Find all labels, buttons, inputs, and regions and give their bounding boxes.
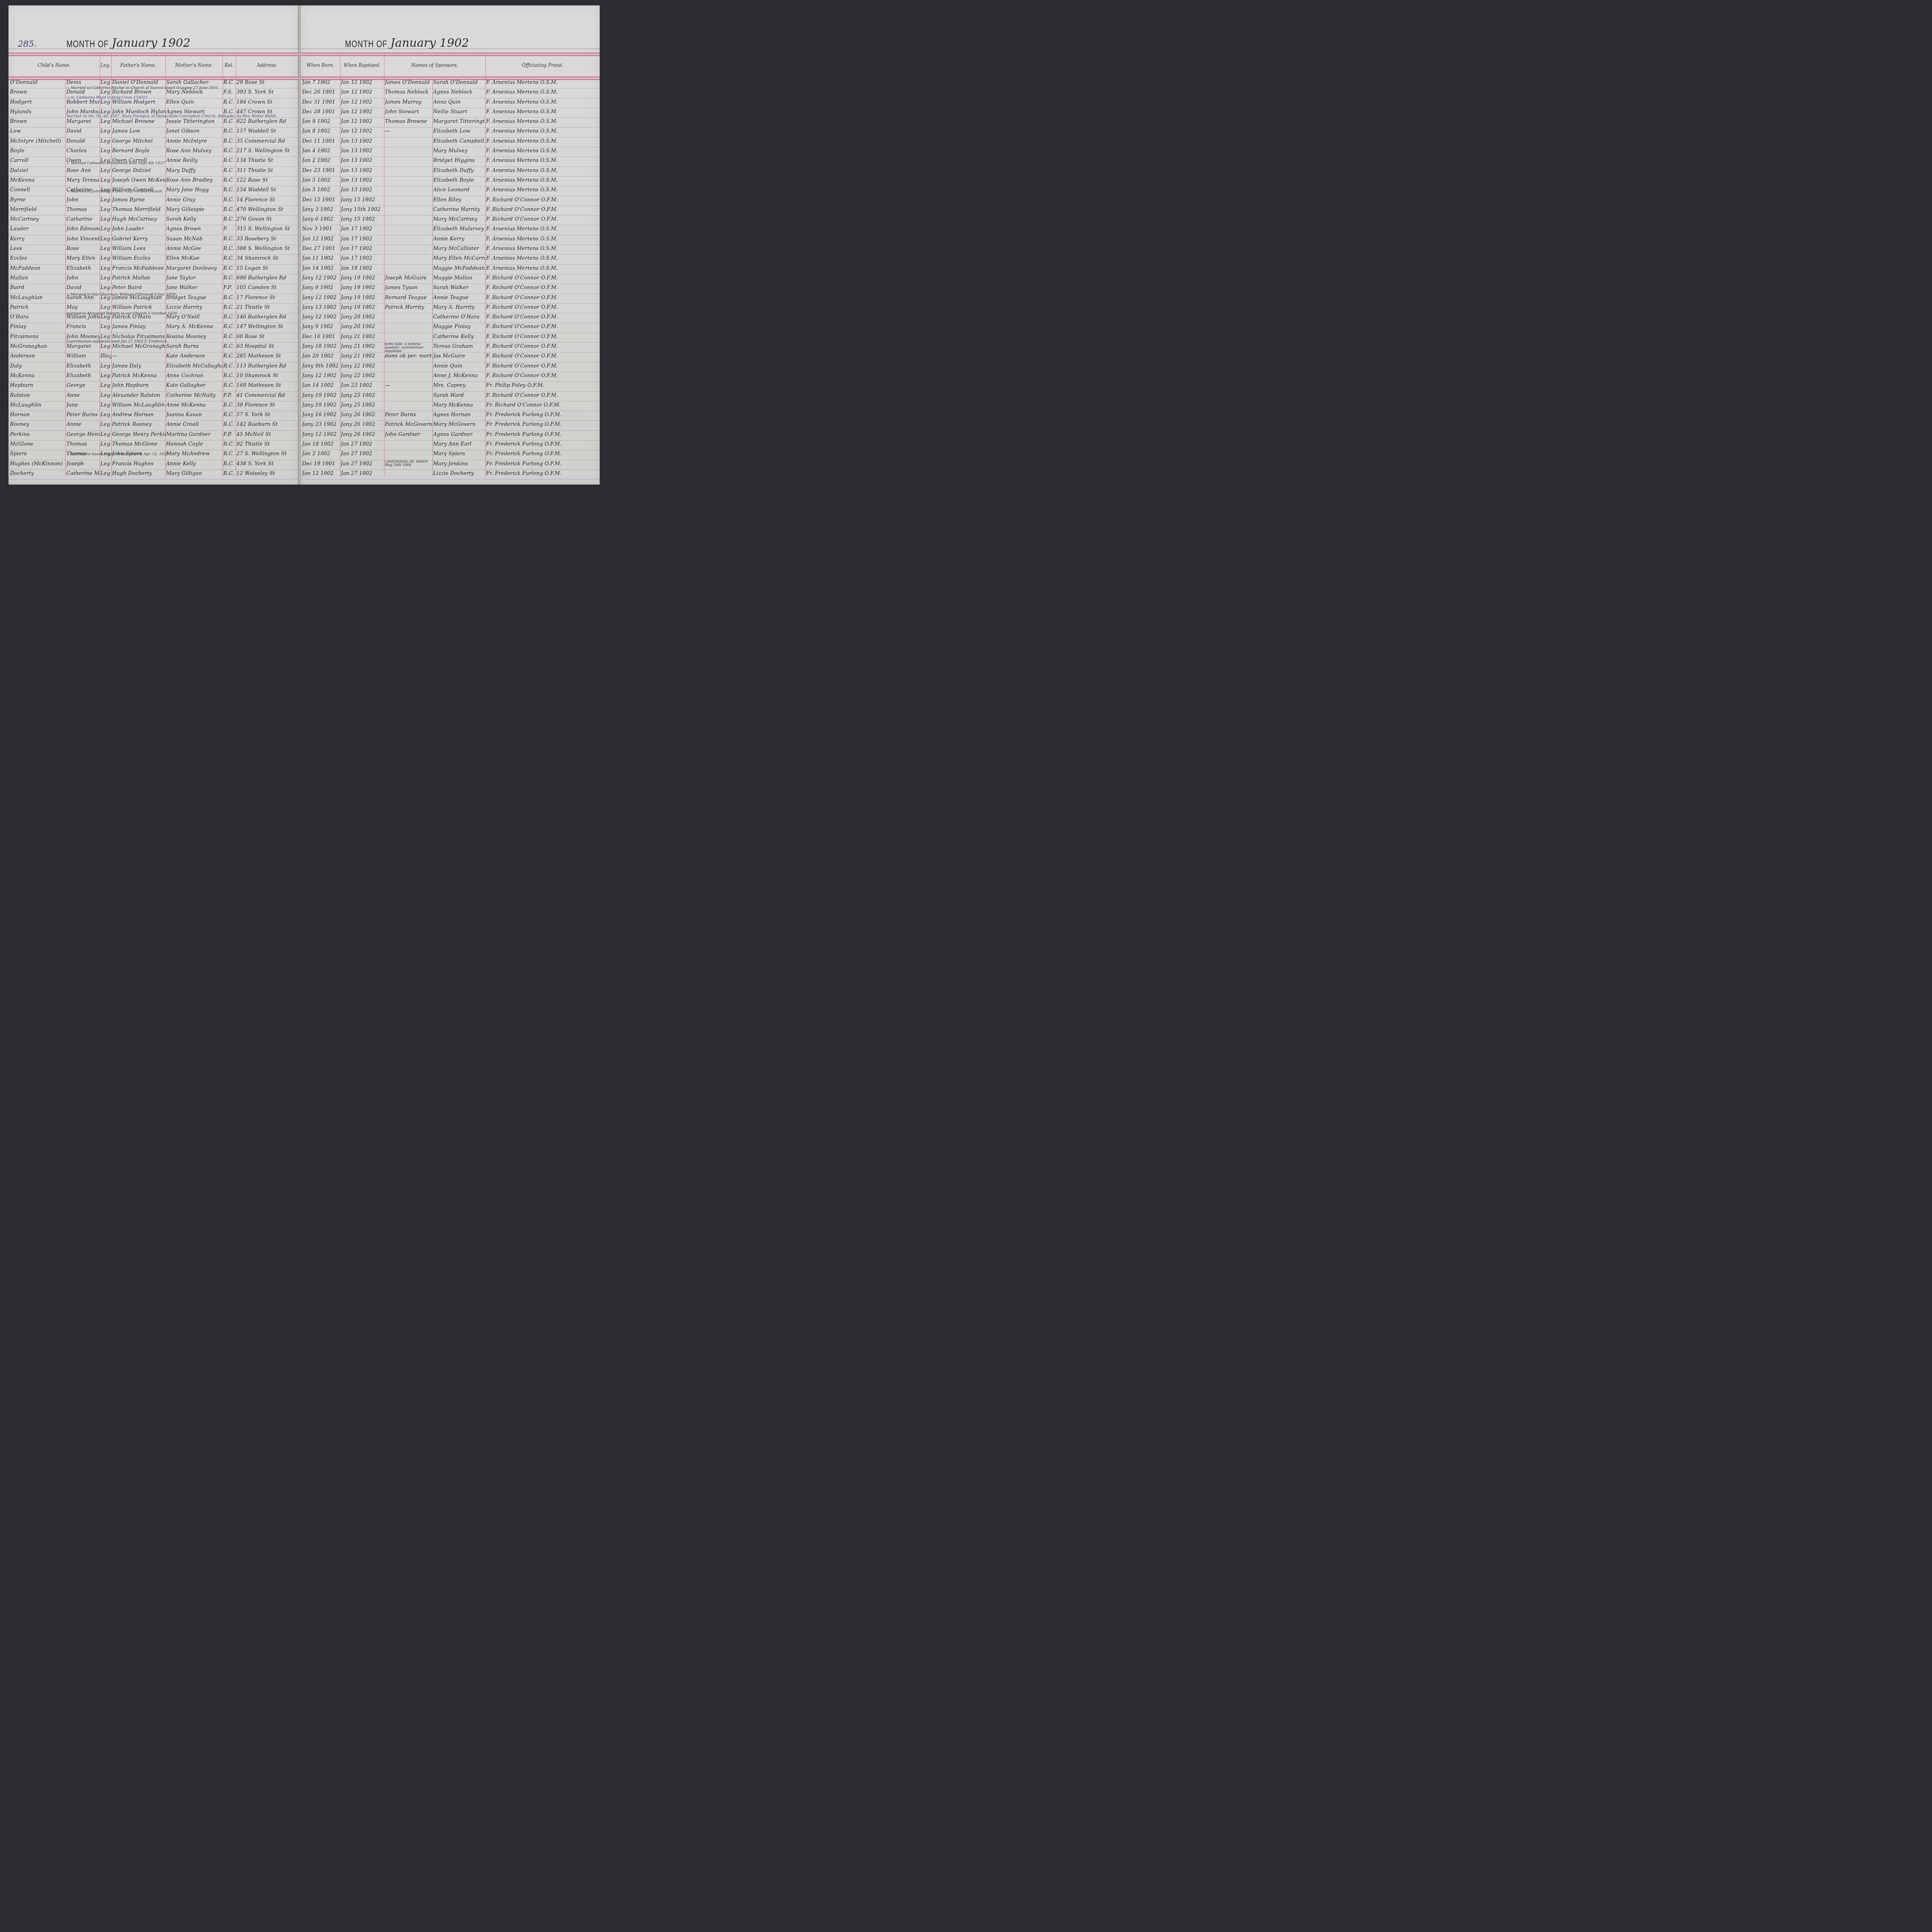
officiating-priest: F. Richard O'Connor O.F.M. [486, 393, 599, 398]
marginal-annotation: → m. Catherine Ward in Holy Cross 17/8/1… [66, 95, 148, 100]
date-baptised: Jany 26 1902 [341, 412, 384, 418]
date-baptised: Jan 13 1902 [341, 187, 384, 193]
table-row: Dec 27 1901Jan 17 1902Mary McCallisterF.… [301, 245, 600, 255]
mother-name: Rose Ann Mulvey [166, 148, 223, 154]
child-forename: Jane [66, 402, 100, 408]
father-name: William Lees [112, 246, 165, 252]
date-baptised: Jan 13 1902 [341, 138, 384, 144]
child-forename: Denis [66, 80, 100, 85]
col-officiating-priest: Officiating Priest. [485, 54, 600, 77]
mother-name: Jessie Titterington [166, 119, 223, 124]
date-born: Jan 18 1902 [302, 441, 340, 447]
table-row: McGranaghanMargaretLegMichael McGranagha… [9, 343, 298, 352]
table-row: McGloneThomasLegThomas McGloneHannah Coy… [9, 440, 298, 450]
sponsor-female: Elizabeth Low [433, 128, 485, 134]
officiating-priest: F. Arsenius Mertens O.S.M. [486, 158, 599, 163]
sponsor-male: James Murray [385, 99, 432, 105]
religion: R.C. [223, 383, 236, 388]
legitimacy: Leg [100, 226, 111, 232]
mother-name: Rose Ann Bradley [166, 177, 223, 183]
father-name: Joseph Owen McKenna [112, 177, 165, 183]
table-row: Jan 11 1902Jan 17 1902Mary Ellen McCarro… [301, 255, 600, 264]
sponsor-female: Mary Ann Earl [433, 441, 485, 447]
child-forename: George Henry [66, 432, 100, 437]
col-when-born: When Born. [301, 54, 340, 77]
mother-name: Sarah Kelly [166, 216, 223, 222]
father-name: Richard Brown [112, 89, 165, 95]
child-surname: Eccles [10, 255, 65, 261]
table-row: Jan 14 1902Jan 23 1902—Mrs. CapreyFr. Ph… [301, 382, 600, 391]
mother-name: Annie Croall [166, 422, 223, 427]
child-forename: Rose Ann [66, 168, 100, 173]
table-row: KerryJohn VincentLegGabriel KerrySusan M… [9, 235, 298, 245]
child-surname: McKenna [10, 373, 65, 379]
address: 146 Rutherglen Rd [236, 314, 298, 320]
child-surname: Lees [10, 246, 65, 252]
mother-name: Janet Gibson [166, 128, 223, 134]
table-row: RalstonAnneLegAlexander RalstonCatherine… [9, 392, 298, 401]
sponsor-female: Ellen Riley [433, 197, 485, 203]
date-baptised: Jan 27 1902 [341, 441, 384, 447]
date-born: Jany 12 1902 [302, 314, 340, 320]
date-born: Jan 9 1902 [302, 119, 340, 124]
mother-name: Mary Gilligan [166, 471, 223, 476]
table-row: Jany 16 1902Jany 26 1902Peter BurnsAgnes… [301, 411, 600, 421]
officiating-priest: Fr. Frederick Furlong O.F.M. [486, 422, 599, 427]
date-born: Jany 9 1902 [302, 285, 340, 291]
legitimacy: Leg [100, 412, 111, 418]
table-row: Jan 2 1902Jan 13 1902Bridget HigginsF. A… [301, 157, 600, 167]
religion: R.C. [223, 148, 236, 154]
officiating-priest: F. Richard O'Connor O.F.M. [486, 304, 599, 310]
table-row: McKennaMary TeresaLegJoseph Owen McKenna… [9, 177, 298, 186]
address: 184 Crown St [236, 99, 298, 105]
table-row: AndersonWilliamIlleg—Kate AndersonR.C.28… [9, 352, 298, 362]
sponsor-male: Peter Burns [385, 412, 432, 418]
address: 34 Shamrock St [236, 255, 298, 261]
officiating-priest: F. Richard O'Connor O.F.M. [486, 344, 599, 349]
religion: R.C. [223, 412, 236, 418]
date-born: Jan 7 1902 [302, 80, 340, 85]
table-row: Dec 28 1901Jan 12 1902John StewartNellie… [301, 108, 600, 118]
sponsor-female: Agnes Hornan [433, 412, 485, 418]
date-born: Dec 16 1901 [302, 334, 340, 340]
table-row: Dec 23 1901Jan 13 1902Elizabeth DuffyF. … [301, 167, 600, 177]
date-baptised: Jan 13 1902 [341, 158, 384, 163]
address: 142 Raeburn St [236, 422, 298, 427]
sponsor-male: — [385, 128, 432, 134]
address: 105 Camden St [236, 285, 298, 291]
address: 393 S. York St [236, 89, 298, 95]
religion: R.C. [223, 255, 236, 261]
officiating-priest: F. Arsenius Mertens O.S.M. [486, 99, 599, 105]
address: 63 Hospital St [236, 344, 298, 349]
child-surname: Hughes (McKinnon) [10, 461, 65, 467]
date-baptised: Jany 15 1902 [341, 197, 384, 203]
officiating-priest: F. Richard O'Connor O.F.M. [486, 285, 599, 291]
date-baptised: Jany 19 1902 [341, 285, 384, 291]
child-forename: Rose [66, 246, 100, 252]
month-value: January 1902 [390, 36, 469, 50]
child-surname: Connell [10, 187, 65, 193]
sponsor-female: Annie Quin [433, 363, 485, 369]
child-forename: Margaret [66, 119, 100, 124]
page-number: 285. [18, 39, 37, 49]
address: 438 S. York St [236, 461, 298, 467]
sponsor-female: Mary McCartney [433, 216, 485, 222]
date-born: Jany 16 1902 [302, 412, 340, 418]
father-name: William Patrick [112, 304, 165, 310]
sponsor-female: Agnes Neblock [433, 89, 485, 95]
date-born: Jany 19 1902 [302, 402, 340, 408]
officiating-priest: Fr. Frederick Furlong O.F.M. [486, 432, 599, 437]
date-baptised: Jan 13 1902 [341, 168, 384, 173]
table-row: BrownMargaretLegMichael BrowneJessie Tit… [9, 118, 298, 128]
sponsor-female: Sarah O'Donnald [433, 80, 485, 85]
legitimacy: Leg [100, 383, 111, 388]
child-surname: Merrifield [10, 207, 65, 213]
religion: R.C. [223, 236, 236, 242]
mother-name: Hannah Coyle [166, 441, 223, 447]
officiating-priest: Fr. Frederick Furlong O.F.M. [486, 412, 599, 418]
address: 57 S. York St [236, 412, 298, 418]
child-forename: John Mooney [66, 334, 100, 340]
mother-name: Susan McNab [166, 236, 223, 242]
date-baptised: Jan 27 1902 [341, 461, 384, 467]
heading-rule [301, 49, 600, 49]
child-surname: McGlone [10, 441, 65, 447]
officiating-priest: F. Arsenius Mertens O.S.M. [486, 187, 599, 193]
legitimacy: Leg [100, 99, 111, 105]
address: 17 Florence St [236, 295, 298, 301]
date-born: Dec 19 1901 [302, 461, 340, 467]
officiating-priest: F. Arsenius Mertens O.S.M. [486, 148, 599, 154]
officiating-priest: F. Richard O'Connor O.F.M. [486, 373, 599, 379]
child-forename: Catharine [66, 216, 100, 222]
officiating-priest: F. Richard O'Connor O.F.M. [486, 334, 599, 340]
father-name: Gabriel Kerry [112, 236, 165, 242]
legitimacy: Leg [100, 236, 111, 242]
child-forename: John Edmund [66, 226, 100, 232]
table-row: Jany 13 1902Jany 19 1902Patrick HarrityM… [301, 304, 600, 313]
sponsor-female: Anna Quin [433, 99, 485, 105]
child-surname: Lauder [10, 226, 65, 232]
table-row: MallanJohnLegPatrick MallanJane TaylorR.… [9, 274, 298, 284]
address: 315 S. Wellington St [236, 226, 298, 232]
religion: R.C. [223, 119, 236, 124]
legitimacy: Leg [100, 324, 111, 330]
legitimacy: Leg [100, 373, 111, 379]
table-row: Jan 14 1902Jan 19 1902Maggie McFaddeanF.… [301, 265, 600, 274]
table-row: DalzielRose AnnLegGeorge DalzielMary Duf… [9, 167, 298, 177]
table-row: McFaddeanElizabethLegFrancis McFaddeanMa… [9, 265, 298, 274]
officiating-priest: F. Arsenius Mertens O.S.M. [486, 177, 599, 183]
sponsor-female: Mary Ellen McCarroll [433, 255, 485, 261]
date-baptised: Jany 20 1902 [341, 324, 384, 330]
date-baptised: Jany 19 1902 [341, 295, 384, 301]
table-row: Jany 9 1902Jany 20 1902Maggie FinlayF. R… [301, 323, 600, 333]
child-forename: May [66, 304, 100, 310]
date-baptised: Jany 22 1902 [341, 373, 384, 379]
child-surname: O'Hara [10, 314, 65, 320]
mother-name: Mary Gillespie [166, 207, 223, 213]
mother-name: Sarah Gallacher [166, 80, 223, 85]
child-surname: Hornan [10, 412, 65, 418]
date-baptised: Jan 12 1902 [341, 89, 384, 95]
address: 35 Commercial Rd [236, 138, 298, 144]
child-surname: Mallan [10, 275, 65, 281]
sponsor-female: Mary McCallister [433, 246, 485, 252]
col-address: Address. [236, 54, 298, 77]
address: 27 S. Wellington St [236, 451, 298, 457]
date-baptised: Jany 19 1902 [341, 275, 384, 281]
date-born: Jany 9 1902 [302, 324, 340, 330]
date-born: Dec 23 1901 [302, 168, 340, 173]
religion: R.C. [223, 158, 236, 163]
date-born: Dec 26 1901 [302, 89, 340, 95]
mother-name: Annie Gray [166, 197, 223, 203]
date-born: Jany 23 1902 [302, 422, 340, 427]
mother-name: Jane Walker [166, 285, 223, 291]
religion: R.C. [223, 353, 236, 359]
right-month-heading: MONTH OF January 1902 [345, 36, 469, 50]
address: 60 Rose St [236, 334, 298, 340]
officiating-priest: F. Arsenius Mertens O.S.M. [486, 236, 599, 242]
sponsor-female: Jas McGuire [433, 353, 485, 359]
religion: R.C. [223, 99, 236, 105]
religion: R.C. [223, 128, 236, 134]
legitimacy: Leg [100, 119, 111, 124]
table-row: DochertyCatherine McDermottLegHugh Doche… [9, 470, 298, 480]
child-forename: Francis [66, 324, 100, 330]
religion: R.C. [223, 334, 236, 340]
father-name: John Hepburn [112, 383, 165, 388]
table-row: Jan 5 1902Jan 13 1902Elizabeth BoyleF. A… [301, 177, 600, 186]
sponsor-female: Anne J. McKenna [433, 373, 485, 379]
date-born: Jan 5 1902 [302, 187, 340, 193]
address: 160 Matheson St [236, 383, 298, 388]
child-forename: Donald [66, 138, 100, 144]
table-row: Dec 31 1901Jan 12 1902James MurrayAnna Q… [301, 99, 600, 108]
sponsor-female: Agnes Gardner [433, 432, 485, 437]
legitimacy: Leg [100, 402, 111, 408]
date-baptised: Jan 12 1902 [341, 119, 384, 124]
table-row: LeesRoseLegWilliam LeesAnnie McGeeR.C.38… [9, 245, 298, 255]
religion: R.C. [223, 138, 236, 144]
child-surname: McGranaghan [10, 344, 65, 349]
marginal-annotation: ↓ Married to Sarah Doyle in this Church … [66, 452, 168, 456]
sponsor-male: domi ob per. mortis [385, 353, 432, 359]
child-forename: John [66, 275, 100, 281]
date-born: Jany 12 1902 [302, 295, 340, 301]
religion: R.C. [223, 275, 236, 281]
address: 12 Wolseley St [236, 471, 298, 476]
child-forename: David [66, 285, 100, 291]
marginal-annotation: ↓ Married in this Church to William O'Do… [66, 293, 175, 297]
sponsor-female: Mary Spiers [433, 451, 485, 457]
child-surname: Anderson [10, 353, 65, 359]
table-row: HodgertRobbert MurrayLegWilliam HodgertE… [9, 99, 298, 108]
child-surname: Patrick [10, 304, 65, 310]
officiating-priest: F. Arsenius Mertens O.S.M. [486, 109, 599, 115]
address: 822 Rutherglen Rd [236, 119, 298, 124]
table-row: HornanPeter BurnsLegAndrew HornanJoanna … [9, 411, 298, 421]
religion: R.C. [223, 80, 236, 85]
legitimacy: Leg [100, 275, 111, 281]
table-row: HepburnGeorgeLegJohn HepburnKate Gallagh… [9, 382, 298, 391]
sponsor-female: Mary A. Harrity [433, 304, 485, 310]
table-row: Jan 4 1902Jan 13 1902Mary MulveyF. Arsen… [301, 147, 600, 157]
marginal-annotation: ↓ Married Catherine Drummond here Sept 4… [66, 161, 165, 165]
child-surname: Hylands [10, 109, 65, 115]
table-row: Jany 18 1902Jany 21 1902domi bapt: a dom… [301, 343, 600, 352]
sponsor-female: Alice Leonard [433, 187, 485, 193]
legitimacy: Leg [100, 334, 111, 340]
date-baptised: Jany 19 1902 [341, 304, 384, 310]
officiating-priest: F. Arsenius Mertens O.S.M. [486, 80, 599, 85]
legitimacy: Leg [100, 168, 111, 173]
table-row: LowDavidLegJames LowJanet GibsonR.C.157 … [9, 128, 298, 137]
date-born: Jan 2 1902 [302, 451, 340, 457]
legitimacy: Leg [100, 422, 111, 427]
table-row: Jany 12 1902Jany 19 1902Bernard TeagueAn… [301, 294, 600, 304]
table-row: Jany 19 1902Jany 25 1902Mary McKennaFr. … [301, 401, 600, 411]
officiating-priest: F. Arsenius Mertens O.S.M. [486, 265, 599, 271]
child-forename: Elizabeth [66, 373, 100, 379]
sponsor-female: Elizabeth Campbell [433, 138, 485, 144]
date-born: Jan 12 1902 [302, 236, 340, 242]
date-baptised: Jan 27 1902 [341, 471, 384, 476]
father-name: Andrew Hornan [112, 412, 165, 418]
child-forename: Thomas [66, 441, 100, 447]
child-surname: O'Donnald [10, 80, 65, 85]
religion: R.C. [223, 216, 236, 222]
officiating-priest: F. Richard O'Connor O.F.M. [486, 324, 599, 330]
sponsor-male: James O'Donnald [385, 80, 432, 85]
legitimacy: Leg [100, 89, 111, 95]
religion: R.C. [223, 207, 236, 213]
father-name: Francis Hughes [112, 461, 165, 467]
table-row: Dec 11 1901Jan 13 1902Elizabeth Campbell… [301, 138, 600, 147]
table-row: EcclesMary EllenLegWilliam EcclesEllen M… [9, 255, 298, 264]
date-born: Jany 12 1902 [302, 275, 340, 281]
religion: F.P. [223, 393, 236, 398]
child-surname: Kerry [10, 236, 65, 242]
mother-name: Joanna Kavan [166, 412, 223, 418]
father-name: Patrick Mallan [112, 275, 165, 281]
table-row: McLaughlinJaneLegWilliam McLaughlinAnne … [9, 401, 298, 411]
address: 33 Rosebery St [236, 236, 298, 242]
religion: R.C. [223, 324, 236, 330]
mother-name: Mary McAndrew [166, 451, 223, 457]
sponsor-female: Sarah Ward [433, 393, 485, 398]
table-row: Jany 6 1902Jany 15 1902Mary McCartneyF. … [301, 216, 600, 225]
table-row: LauderJohn EdmundLegJohn LauderAgnes Bro… [9, 225, 298, 235]
child-forename: Anne [66, 393, 100, 398]
child-surname: Carroll [10, 158, 65, 163]
sponsor-female: Sarah Walker [433, 285, 485, 291]
father-name: William Hodgert [112, 99, 165, 105]
child-surname: McLaughlan [10, 295, 65, 301]
sponsor-male: John Stewart [385, 109, 432, 115]
left-month-heading: MONTH OF January 1902 [66, 36, 190, 50]
table-row: Dec 16 1901Jany 21 1902Catherine KellyF.… [301, 333, 600, 343]
religion: R.C. [223, 187, 236, 193]
officiating-priest: F. Richard O'Connor O.F.M. [486, 295, 599, 301]
table-row: RooneyAnnieLegPatrick RooneyAnnie Croall… [9, 421, 298, 430]
table-row: Jan 12 1902Jan 17 1902Annie KerryF. Arse… [301, 235, 600, 245]
address: 21 Thistle St [236, 304, 298, 310]
table-row: BoyleCharlesLegBernard BoyleRose Ann Mul… [9, 147, 298, 157]
date-baptised: Jany 15th 1902 [341, 207, 384, 213]
date-baptised: Jany 21 1902 [341, 353, 384, 359]
legitimacy: Leg [100, 304, 111, 310]
sponsor-male: Confirmation: St. Robert May 24th 1964 [385, 460, 432, 467]
sponsor-female: Elizabeth Duffy [433, 168, 485, 173]
table-row: Jan 9 1902Jan 12 1902Thomas BrowneMargar… [301, 118, 600, 128]
child-forename: David [66, 128, 100, 134]
child-surname: Boyle [10, 148, 65, 154]
officiating-priest: F. Arsenius Mertens O.S.M. [486, 246, 599, 252]
father-name: Alexander Ralston [112, 393, 165, 398]
sponsor-female: Catherine Kelly [433, 334, 485, 340]
table-row: Jan 2 1902Jan 27 1902Mary SpiersFr. Fred… [301, 450, 600, 460]
date-born: Jan 14 1902 [302, 383, 340, 388]
table-row: Jan 18 1902Jan 27 1902Mary Ann EarlFr. F… [301, 440, 600, 450]
legitimacy: Leg [100, 344, 111, 349]
address: 276 Govan St [236, 216, 298, 222]
sponsor-male: Bernard Teague [385, 295, 432, 301]
mother-name: Anne McKenna [166, 402, 223, 408]
date-born: Jan 2 1902 [302, 158, 340, 163]
legitimacy: Leg [100, 265, 111, 271]
religion: R.C. [223, 471, 236, 476]
date-born: Jan 14 1902 [302, 265, 340, 271]
col-rel: Rel. [223, 54, 236, 77]
table-row: Dec 26 1901Jan 12 1902Thomas NeblockAgne… [301, 88, 600, 98]
col-when-baptised: When Baptised. [340, 54, 384, 77]
address: 41 Commercial Rd [236, 393, 298, 398]
date-baptised: Jany 22 1902 [341, 363, 384, 369]
child-surname: Hepburn [10, 383, 65, 388]
officiating-priest: F. Arsenius Mertens O.S.M. [486, 119, 599, 124]
marginal-annotation: ↘ Married to Catherine Ritchie in Church… [66, 86, 219, 90]
sponsor-female: Lizzie Docherty [433, 471, 485, 476]
right-page: MONTH OF January 1902 When Born. When Ba… [301, 5, 600, 485]
child-forename: Mary Ellen [66, 255, 100, 261]
child-forename: Charles [66, 148, 100, 154]
religion: R.C. [223, 402, 236, 408]
mother-name: Ellen Quin [166, 99, 223, 105]
date-baptised: Jany 21 1902 [341, 334, 384, 340]
table-row: Jany 12 1902Jany 19 1902Joseph McGuireMa… [301, 274, 600, 284]
mother-name: Ellen McKue [166, 255, 223, 261]
child-surname: Brown [10, 89, 65, 95]
mother-name: Mary A. McKenna [166, 324, 223, 330]
address: 39 Florence St [236, 402, 298, 408]
date-born: Dec 31 1901 [302, 99, 340, 105]
left-page: 285. MONTH OF January 1902 Child's Name.… [9, 5, 298, 485]
sponsor-male: James Tyson [385, 285, 432, 291]
table-row: MerrifieldThomasLegThomas MerrifieldMary… [9, 206, 298, 216]
legitimacy: Leg [100, 393, 111, 398]
sponsor-female: Mrs. Caprey [433, 383, 485, 388]
religion: R.C. [223, 265, 236, 271]
father-name: Thomas Merrifield [112, 207, 165, 213]
address: 470 Wellington St [236, 207, 298, 213]
officiating-priest: Fr. Frederick Furlong O.F.M. [486, 461, 599, 467]
religion: R.C. [223, 373, 236, 379]
